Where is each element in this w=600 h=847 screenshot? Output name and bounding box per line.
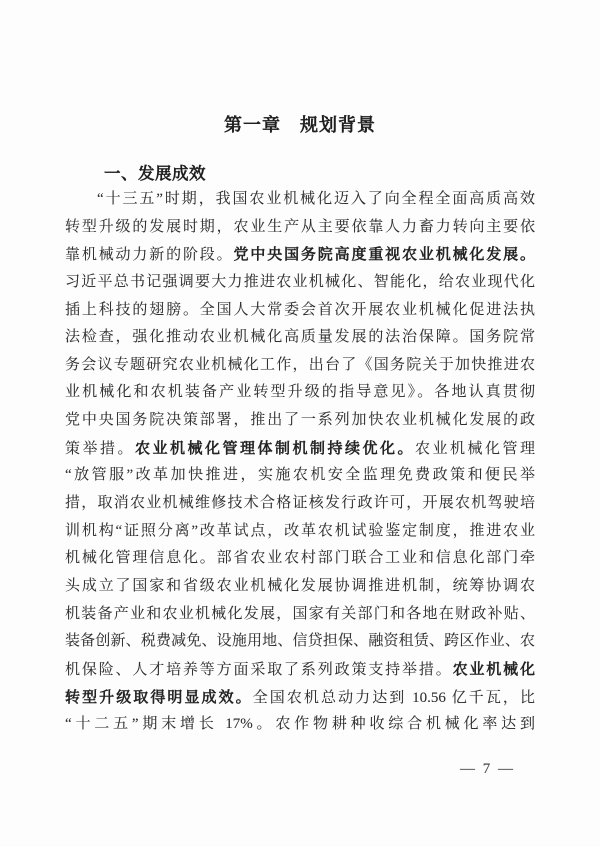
text-line: “十二五”期末增长 17%。农作物耕种收综合机械化率达到 <box>65 711 535 739</box>
body-text-segment: 法检查，强化推动农业机械化高质量发展的法治保障。国务院常 <box>65 329 535 345</box>
text-line: 靠机械动力新的阶段。党中央国务院高度重视农业机械化发展。 <box>65 241 535 269</box>
text-line: 转型升级取得明显成效。全国农机总动力达到 10.56 亿千瓦，比 <box>65 684 535 712</box>
paragraph-body: “十三五”时期，我国农业机械化迈入了向全程全面高质高效转型升级的发展时期，农业生… <box>65 186 535 739</box>
body-text-segment: “十二五”期末增长 17%。农作物耕种收综合机械化率达到 <box>65 716 535 732</box>
body-text-segment: 机装备产业和农业机械化发展，国家有关部门和各地在财政补贴、 <box>65 606 535 622</box>
body-text-segment: 装备创新、税费减免、设施用地、信贷担保、融资租赁、跨区作业、农 <box>65 633 535 649</box>
text-line: 转型升级的发展时期，农业生产从主要依靠人力畜力转向主要依 <box>65 214 535 242</box>
body-text-segment: 转型升级的发展时期，农业生产从主要依靠人力畜力转向主要依 <box>65 219 535 235</box>
body-text-segment: 习近平总书记强调要大力推进农业机械化、智能化，给农业现代化 <box>65 274 535 290</box>
text-line: “十三五”时期，我国农业机械化迈入了向全程全面高质高效 <box>65 186 535 214</box>
document-page: 第一章 规划背景 一、发展成效 “十三五”时期，我国农业机械化迈入了向全程全面高… <box>0 0 600 847</box>
text-line: 党中央国务院决策部署，推出了一系列加快农业机械化发展的政 <box>65 407 535 435</box>
text-line: 策举措。农业机械化管理体制机制持续优化。农业机械化管理 <box>65 435 535 463</box>
page-number: — 7 — <box>460 761 515 778</box>
body-text-segment: 训机构“证照分离”改革试点，改革农机试验鉴定制度，推进农业 <box>65 523 535 539</box>
text-line: 机装备产业和农业机械化发展，国家有关部门和各地在财政补贴、 <box>65 601 535 629</box>
text-line: 机械化管理信息化。部省农业农村部门联合工业和信息化部门牵 <box>65 545 535 573</box>
section-heading: 一、发展成效 <box>104 160 206 184</box>
text-line: 措，取消农业机械维修技术合格证核发行政许可，开展农机驾驶培 <box>65 490 535 518</box>
body-text-segment: 业机械化和农机装备产业转型升级的指导意见》。各地认真贯彻 <box>65 384 535 400</box>
body-text-segment: 机械化管理信息化。部省农业农村部门联合工业和信息化部门牵 <box>65 550 535 566</box>
body-text-segment: 靠机械动力新的阶段。 <box>65 247 234 263</box>
text-line: 训机构“证照分离”改革试点，改革农机试验鉴定制度，推进农业 <box>65 518 535 546</box>
text-line: 头成立了国家和省级农业机械化发展协调推进机制，统筹协调农 <box>65 573 535 601</box>
body-text-segment: 头成立了国家和省级农业机械化发展协调推进机制，统筹协调农 <box>65 578 535 594</box>
chapter-title: 第一章 规划背景 <box>0 111 600 137</box>
body-text-segment: 务会议专题研究农业机械化工作，出台了《国务院关于加快推进农 <box>65 357 535 373</box>
text-line: 业机械化和农机装备产业转型升级的指导意见》。各地认真贯彻 <box>65 379 535 407</box>
emphasis-text: 农业机械化 <box>453 661 535 678</box>
text-line: 装备创新、税费减免、设施用地、信贷担保、融资租赁、跨区作业、农 <box>65 628 535 656</box>
body-text-segment: 党中央国务院决策部署，推出了一系列加快农业机械化发展的政 <box>65 412 535 428</box>
body-text-segment: 措，取消农业机械维修技术合格证核发行政许可，开展农机驾驶培 <box>65 495 535 511</box>
emphasis-text: 转型升级取得明显成效。 <box>65 689 253 706</box>
body-text-segment: 机保险、人才培养等方面采取了系列政策支持举措。 <box>65 662 453 678</box>
body-text-segment: 策举措。 <box>65 441 135 457</box>
body-text-segment: 农业机械化管理 <box>415 441 535 457</box>
text-line: 插上科技的翅膀。全国人大常委会首次开展农业机械化促进法执 <box>65 297 535 325</box>
emphasis-text: 党中央国务院高度重视农业机械化发展。 <box>234 246 535 263</box>
body-text-segment: 插上科技的翅膀。全国人大常委会首次开展农业机械化促进法执 <box>65 302 535 318</box>
text-line: 机保险、人才培养等方面采取了系列政策支持举措。农业机械化 <box>65 656 535 684</box>
body-text-segment: “放管服”改革加快推进，实施农机安全监理免费政策和便民举 <box>65 467 535 483</box>
text-line: 法检查，强化推动农业机械化高质量发展的法治保障。国务院常 <box>65 324 535 352</box>
text-line: 务会议专题研究农业机械化工作，出台了《国务院关于加快推进农 <box>65 352 535 380</box>
body-text-segment: 全国农机总动力达到 10.56 亿千瓦，比 <box>253 690 535 706</box>
body-text-segment: “十三五”时期，我国农业机械化迈入了向全程全面高质高效 <box>97 191 535 207</box>
text-line: “放管服”改革加快推进，实施农机安全监理免费政策和便民举 <box>65 462 535 490</box>
emphasis-text: 农业机械化管理体制机制持续优化。 <box>135 440 415 457</box>
text-line: 习近平总书记强调要大力推进农业机械化、智能化，给农业现代化 <box>65 269 535 297</box>
